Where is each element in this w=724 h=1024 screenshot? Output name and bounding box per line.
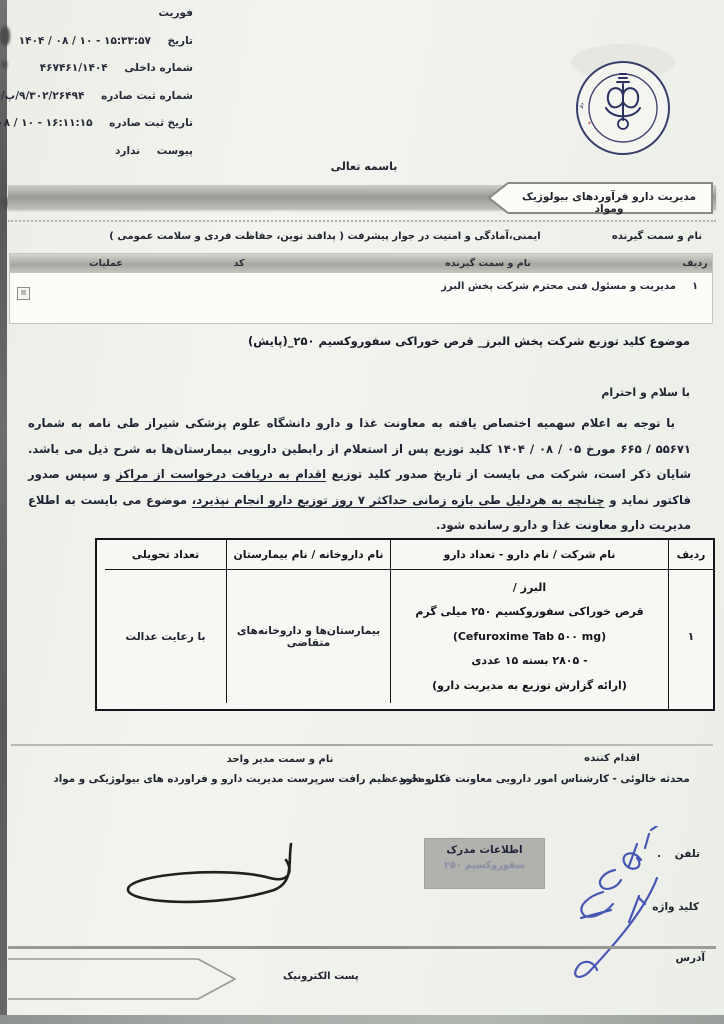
body-segment-underlined: اقدام به دریافت درخواست از مراکز [116,467,326,481]
drug-distribution-table: ردیف نام شرکت / نام دارو - تعداد دارو نا… [95,538,715,711]
attachment-label: پیوست [157,145,193,157]
recipient-table-row: ۱ مدیریت و مسئول فنی محترم شرکت پخش البر… [10,273,712,292]
manager-name: دکتر محمدعظیم رافت سرپرست مدیریت دارو و … [52,773,452,785]
document-info-button[interactable]: اطلاعات مدرک سفوروکسیم ۲۵۰ [424,838,545,889]
signature-divider [11,744,713,746]
drug-line-name-en: (Cefuroxime Tab ۵۰۰ mg) [391,625,668,649]
footer-gray-line [8,946,716,949]
drug-line-report-note: (ارائه گزارش توزیع به مدیریت دارو) [391,674,668,698]
scanned-letter-page: فوریت تاریخ ۱۵:۳۳:۵۷ - ۱۰ / ۰۸ / ۱۴۰۴ شم… [0,0,724,1024]
drug-line-company: البرز / [391,576,668,600]
body-segment-underlined: چنانچه به هردلیل طی بازه زمانی حداکثر ۷ … [192,493,605,507]
besmele-text: باسمه تعالی [318,160,410,173]
document-info-ghost-text: سفوروکسیم ۲۵۰ [424,860,545,871]
actor-label: اقدام کننده [500,753,724,764]
salutation-text: با سلام و احترام [601,386,690,399]
address-label: آدرس [675,952,705,964]
recipient-col-code: کد [180,258,298,269]
letter-meta-block: فوریت تاریخ ۱۵:۳۳:۵۷ - ۱۰ / ۰۸ / ۱۴۰۴ شم… [0,7,193,173]
recipient-col-actions: عملیات [32,258,180,269]
banner-pennant-shape: مدیریت دارو فرآوردهای بیولوژیک ومواد [486,182,714,214]
recipient-col-name: نام و سمت گیرنده [298,258,678,269]
drug-row-pharmacy: بیمارستان‌ها و داروخانه‌های متقاضی [227,570,391,703]
drug-line-name-fa: قرص خوراکی سفوروکسیم ۲۵۰ میلی گرم [391,600,668,624]
drug-line-quantity: - ۲۸۰۵ بسته ۱۵ عددی [391,649,668,673]
meta-row-attachment: پیوست ندارد [0,145,193,173]
drug-col-company-drug: نام شرکت / نام دارو - تعداد دارو [391,540,669,570]
department-banner-title: مدیریت دارو فرآوردهای بیولوژیک ومواد [520,191,698,215]
meta-row-date: تاریخ ۱۵:۳۳:۵۷ - ۱۰ / ۰۸ / ۱۴۰۴ [0,35,193,63]
recipient-section-label: نام و سمت گیرنده [612,231,702,242]
outgoing-date-label: تاریخ ثبت صادره [109,117,193,129]
recipient-table: ردیف نام و سمت گیرنده کد عملیات ۱ مدیریت… [9,253,713,324]
meta-row-outgoing-date: تاریخ ثبت صادره ۱۶:۱۱:۱۵ - ۱۰ / ۰۸ / ۱۴۰… [0,117,193,145]
drug-col-delivered: تعداد تحویلی [105,540,227,570]
row-action-icon[interactable] [17,287,30,300]
email-label: پست الکترونیک [283,971,359,982]
letter-subject: موضوع کلید توزیع شرکت پخش البرز_ قرص خور… [30,334,690,348]
drug-row-description: البرز / قرص خوراکی سفوروکسیم ۲۵۰ میلی گر… [391,570,669,709]
date-value: ۱۵:۳۳:۵۷ - ۱۰ / ۰۸ / ۱۴۰۴ [19,35,151,47]
attachment-value: ندارد [115,145,140,157]
outgoing-number-label: شماره ثبت صادره [101,90,193,102]
scan-edge-bottom [0,1015,724,1024]
keyword-label: کلید واژه [652,901,699,913]
recipient-col-index: ردیف [678,258,712,269]
internal-number-value: ۴۶۷۴۶۱/۱۴۰۴ [40,62,108,74]
footer-pennant-outline-icon [8,955,240,1003]
scan-smudge [1,196,8,209]
recipient-table-header: ردیف نام و سمت گیرنده کد عملیات [10,254,712,273]
drug-table-header-row: ردیف نام شرکت / نام دارو - تعداد دارو نا… [97,540,713,570]
document-info-label: اطلاعات مدرک [424,844,545,856]
manager-label: نام و سمت مدیر واحد [180,754,380,765]
slogan-text: ایمنی،آمادگی و امنیت در جوار پیشرفت ( پد… [100,231,550,242]
drug-row-delivered: با رعایت عدالت [105,570,227,703]
meta-row-outgoing-number: شماره ثبت صادره ۹/۳۰۲/۲۶۴۹۴/پ/۱۴۰۴/ص [0,90,193,118]
recipient-row-actions [32,281,180,292]
university-seal-icon: دانشگاه علوم پزشکی و خدمات بهداشتی درمان… [548,38,698,166]
phone-label: تلفن [675,848,700,860]
outgoing-number-value: ۹/۳۰۲/۲۶۴۹۴/پ/۱۴۰۴/ص [0,90,84,102]
handwritten-signature-black [108,838,303,913]
meta-row-urgency: فوریت [0,7,193,35]
drug-col-index: ردیف [669,540,713,570]
dotted-separator [8,220,716,222]
row-action-glyph [21,290,26,295]
drug-col-pharmacy: نام داروخانه / نام بیمارستان [227,540,391,570]
urgency-label: فوریت [158,7,193,19]
recipient-row-name: مدیریت و مسئول فنی محترم شرکت پخش البرز [298,281,678,292]
date-label: تاریخ [168,35,193,47]
university-seal-logo: دانشگاه علوم پزشکی و خدمات بهداشتی درمان… [548,38,698,166]
outgoing-date-value: ۱۶:۱۱:۱۵ - ۱۰ / ۰۸ / ۱۴۰۴ [0,117,93,129]
meta-row-internal-number: شماره داخلی ۴۶۷۴۶۱/۱۴۰۴ [0,62,193,90]
department-banner: مدیریت دارو فرآوردهای بیولوژیک ومواد [8,182,716,214]
drug-row-index: ۱ [669,570,713,703]
internal-number-label: شماره داخلی [124,62,193,74]
recipient-row-index: ۱ [678,281,712,292]
drug-table-data-row: ۱ البرز / قرص خوراکی سفوروکسیم ۲۵۰ میلی … [97,570,713,709]
letter-body-paragraph: با توجه به اعلام سهمیه اختصاص یافته به م… [28,411,691,539]
recipient-row-code [180,281,298,292]
